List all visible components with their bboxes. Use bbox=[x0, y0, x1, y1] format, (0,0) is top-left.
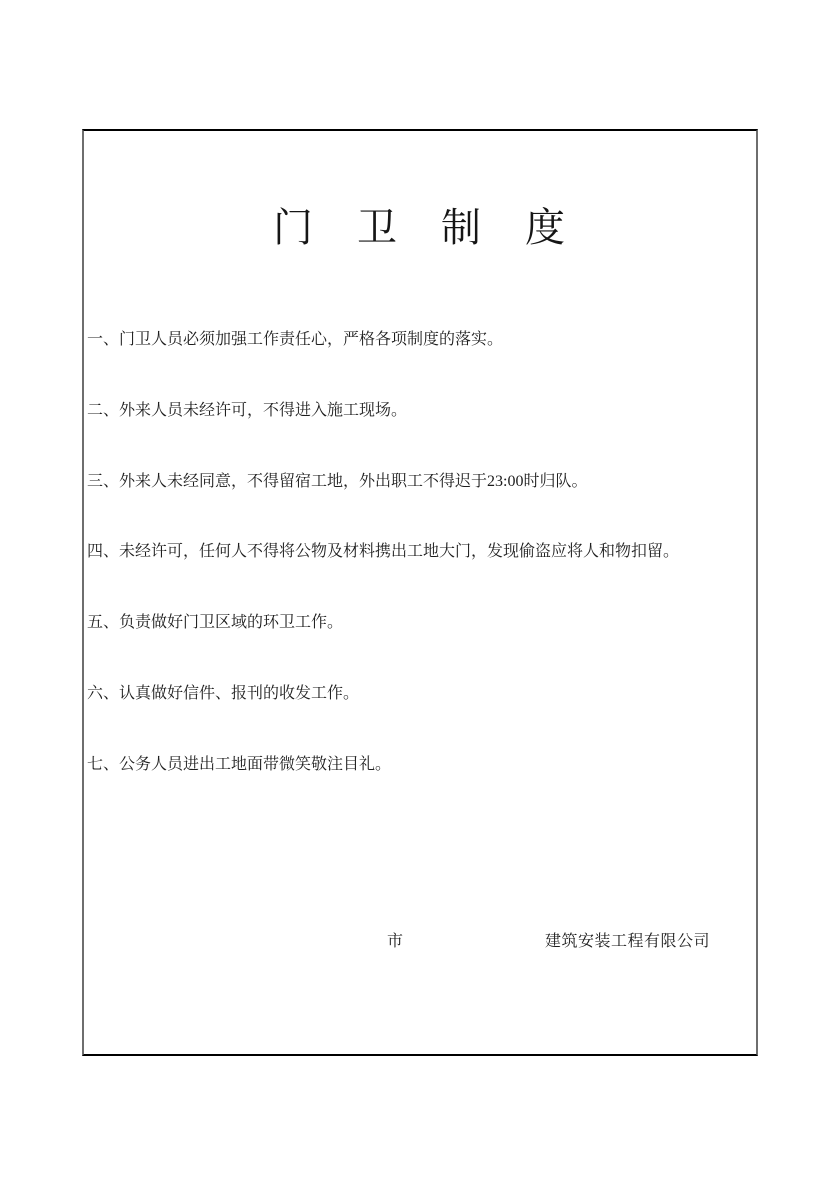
rule-item-5: 五、负责做好门卫区域的环卫工作。 bbox=[87, 613, 343, 633]
rule-item-6: 六、认真做好信件、报刊的收发工作。 bbox=[87, 684, 359, 704]
rule-item-1: 一、门卫人员必须加强工作责任心，严格各项制度的落实。 bbox=[87, 330, 503, 350]
rule-item-7: 七、公务人员进出工地面带微笑敬注目礼。 bbox=[87, 755, 391, 775]
document-page: 门 卫 制 度 一、门卫人员必须加强工作责任心，严格各项制度的落实。 二、外来人… bbox=[0, 0, 838, 1186]
rule-item-3: 三、外来人未经同意，不得留宿工地，外出职工不得迟于23:00时归队。 bbox=[87, 472, 587, 492]
rule-item-2: 二、外来人员未经许可，不得进入施工现场。 bbox=[87, 401, 407, 421]
footer-city-text: 市 bbox=[387, 932, 403, 952]
document-border-frame: 门 卫 制 度 一、门卫人员必须加强工作责任心，严格各项制度的落实。 二、外来人… bbox=[82, 129, 758, 1056]
footer-company-name: 建筑安装工程有限公司 bbox=[545, 932, 710, 952]
document-title: 门 卫 制 度 bbox=[84, 196, 756, 253]
rule-item-4: 四、未经许可，任何人不得将公物及材料携出工地大门，发现偷盗应将人和物扣留。 bbox=[87, 542, 679, 562]
